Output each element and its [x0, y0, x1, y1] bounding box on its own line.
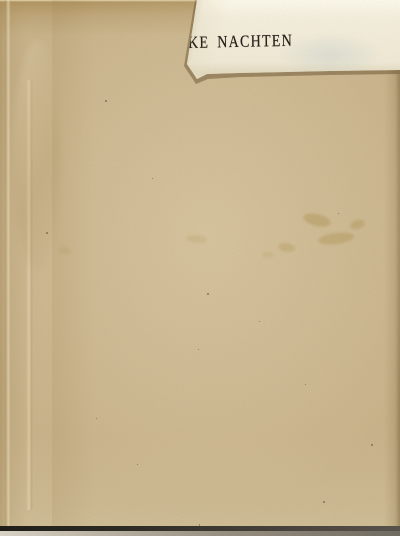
foxing-speck [338, 213, 339, 214]
stain [262, 252, 274, 258]
foxing-speck [137, 464, 138, 465]
stain [58, 247, 71, 254]
stain [302, 211, 332, 229]
stain [277, 242, 295, 253]
foxing-speck [46, 232, 48, 234]
foxing-speck [96, 418, 97, 419]
foxing-speck [198, 349, 199, 350]
left-shading-band [52, 0, 112, 536]
foxing-speck [259, 321, 260, 322]
left-edge-crease [5, 0, 11, 536]
title-label-text: KE NACHTEN [188, 31, 293, 53]
foxing-speck [323, 501, 325, 503]
stain [186, 234, 208, 244]
corner-warp-shading [14, 40, 60, 270]
stain [317, 231, 354, 246]
foxing-speck [207, 293, 209, 295]
page-bottom-edge-strip [0, 531, 400, 536]
foxing-speck [105, 100, 107, 102]
stain [349, 218, 366, 231]
foxing-speck [305, 384, 306, 385]
foxing-speck [371, 444, 373, 446]
book-cover-photo: KE NACHTEN [0, 0, 400, 536]
vertical-crease [26, 80, 33, 510]
foxing-speck [152, 178, 153, 179]
